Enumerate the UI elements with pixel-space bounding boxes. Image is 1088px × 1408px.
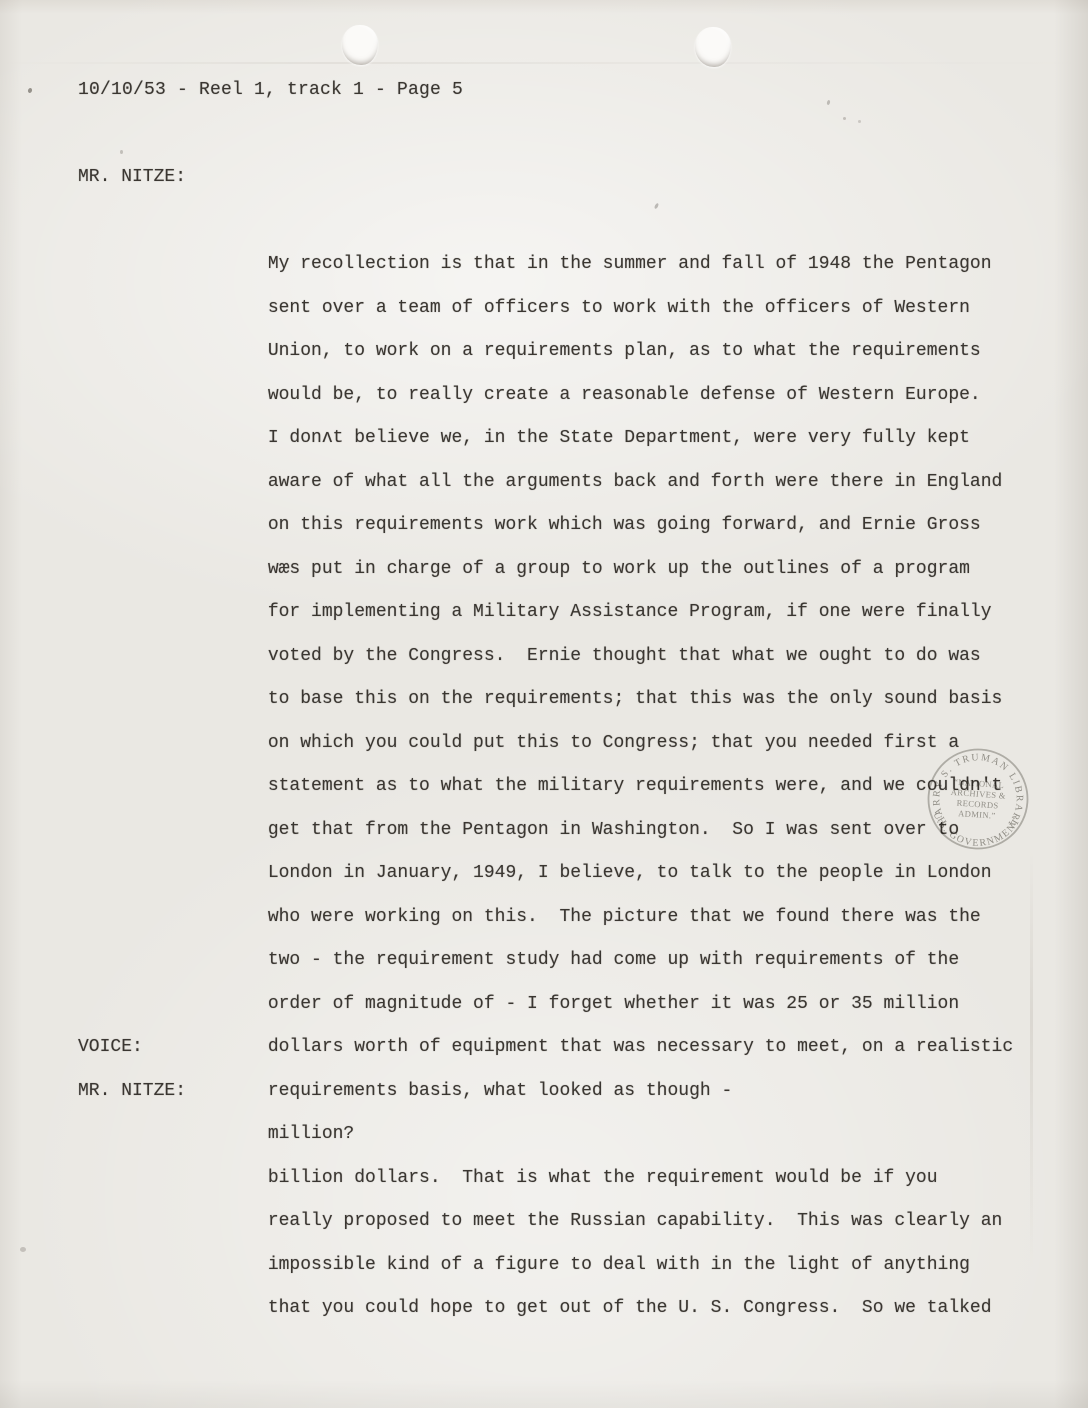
transcript-line: voted by the Congress. Ernie thought tha…: [78, 548, 1013, 592]
transcript-line: really proposed to meet the Russian capa…: [78, 1113, 1013, 1157]
punch-hole: [695, 27, 731, 67]
transcript-line: for implementing a Military Assistance P…: [78, 504, 1013, 548]
document-page: 10/10/53 - Reel 1, track 1 - Page 5 MR. …: [0, 0, 1088, 1408]
transcript-line: who were working on this. The picture th…: [78, 809, 1013, 853]
line-text: impossible kind of a figure to deal with…: [268, 1255, 970, 1275]
transcript-line: wæs put in charge of a group to work up …: [78, 461, 1013, 505]
punch-hole: [342, 25, 378, 65]
transcript-line: impossible kind of a figure to deal with…: [78, 1157, 1013, 1201]
transcript-line: dollars worth of equipment that was nece…: [78, 939, 1013, 983]
transcript-line: MR. NITZE: billion dollars. That is what…: [78, 1070, 1013, 1114]
paper-speck: [27, 87, 32, 93]
paper-speck: [843, 117, 846, 120]
transcript-line: requirements basis, what looked as thoug…: [78, 983, 1013, 1027]
transcript-line: to base this on the requirements; that t…: [78, 591, 1013, 635]
archive-stamp-icon: HARRY S. TRUMAN LIBRARY U.S. GOVERNMENT …: [915, 736, 1041, 862]
transcript-line: would be, to really create a reasonable …: [78, 287, 1013, 331]
transcript-line: aware of what all the arguments back and…: [78, 374, 1013, 418]
paper-speck: [826, 100, 830, 106]
transcript-line: sent over a team of officers to work wit…: [78, 200, 1013, 244]
speaker-label: MR. NITZE:: [78, 156, 186, 200]
paper-speck: [858, 120, 861, 123]
page-header: 10/10/53 - Reel 1, track 1 - Page 5: [78, 80, 463, 100]
transcript-line: get that from the Pentagon in Washington…: [78, 722, 1013, 766]
transcript-line: I donʌt believe we, in the State Departm…: [78, 330, 1013, 374]
speaker-label: VOICE:: [78, 1026, 143, 1070]
transcript-line: MR. NITZE: My recollection is that in th…: [78, 156, 1013, 200]
stamp-center-line: ADMIN.”: [958, 808, 996, 821]
line-text: that you could hope to get out of the U.…: [268, 1298, 992, 1318]
transcript-line: statement as to what the military requir…: [78, 678, 1013, 722]
transcript-line: order of magnitude of - I forget whether…: [78, 896, 1013, 940]
transcript-line: two - the requirement study had come up …: [78, 852, 1013, 896]
transcript-line: on which you could put this to Congress;…: [78, 635, 1013, 679]
paper-crease: [1030, 850, 1033, 1270]
transcript: MR. NITZE: My recollection is that in th…: [78, 156, 1013, 1244]
transcript-line: that you could hope to get out of the U.…: [78, 1200, 1013, 1244]
paper-speck: [120, 150, 123, 154]
paper-speck: [20, 1247, 26, 1252]
speaker-label: MR. NITZE:: [78, 1070, 186, 1114]
transcript-line: on this requirements work which was goin…: [78, 417, 1013, 461]
paper-crease: [0, 62, 1088, 64]
transcript-line: Union, to work on a requirements plan, a…: [78, 243, 1013, 287]
transcript-line: VOICE: million?: [78, 1026, 1013, 1070]
transcript-line: London in January, 1949, I believe, to t…: [78, 765, 1013, 809]
